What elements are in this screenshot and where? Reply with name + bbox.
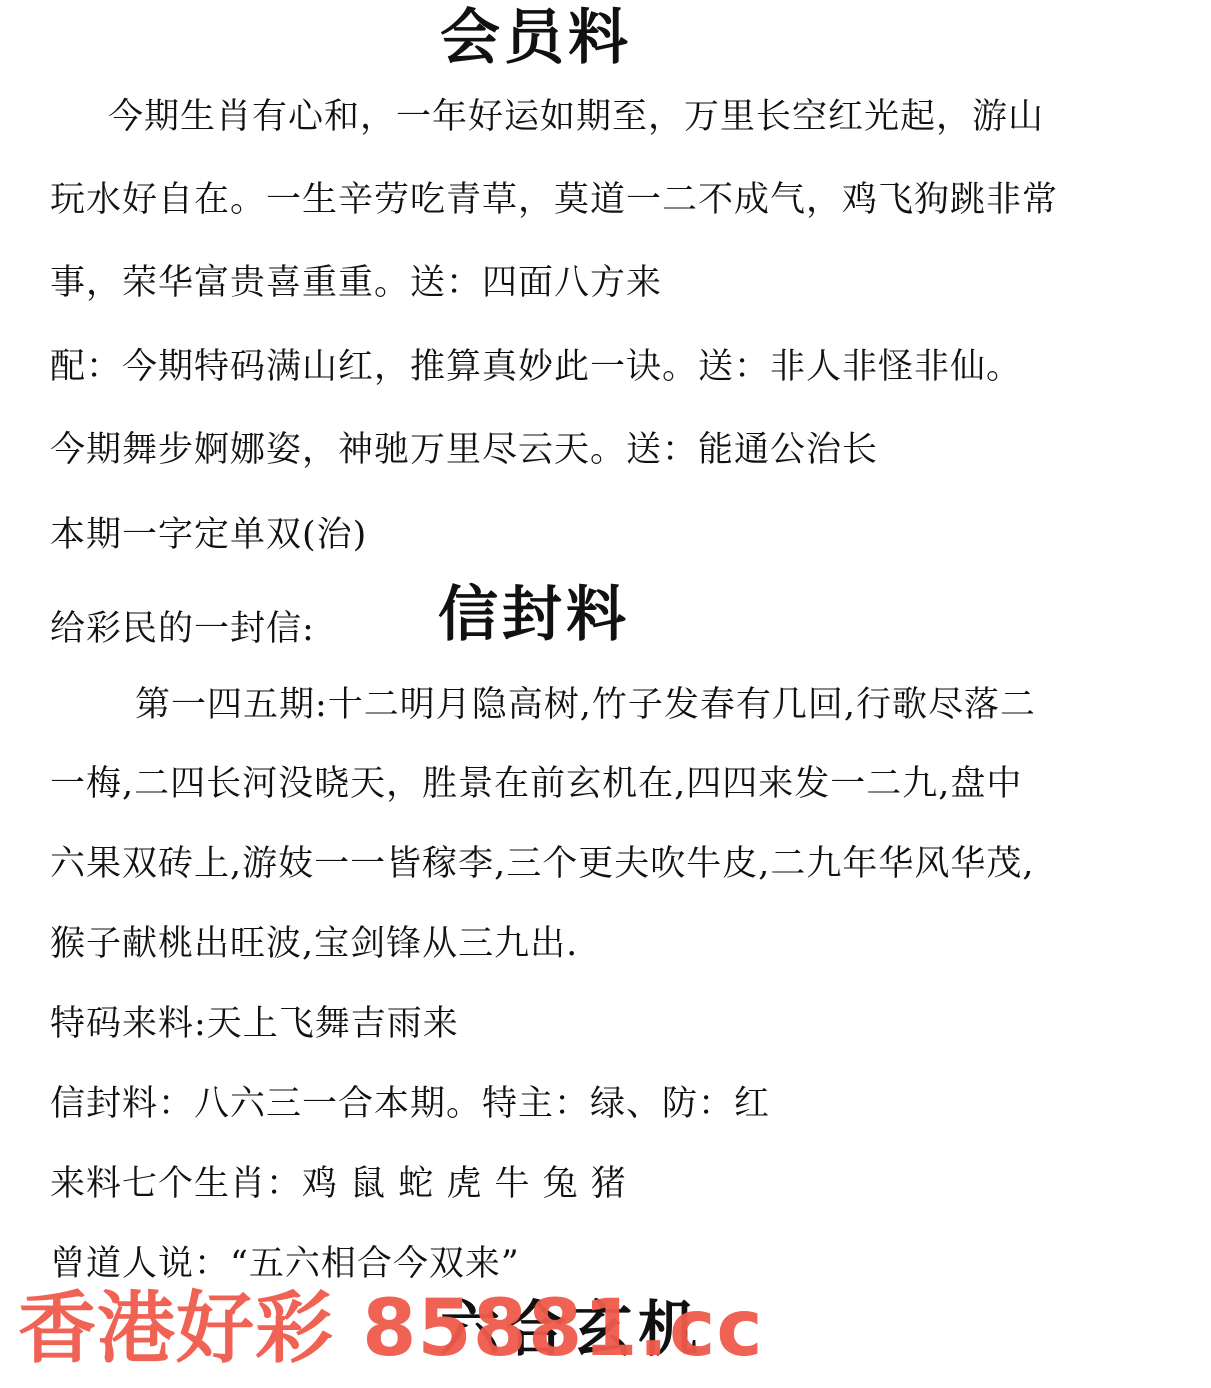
- member-text-line: 本期一字定单双(治): [50, 518, 367, 553]
- member-text-line: 事，荣华富贵喜重重。送：四面八方来: [50, 266, 662, 301]
- quote-line: 曾道人说：“五六相合今双来”: [50, 1247, 520, 1282]
- zodiac-line: 来料七个生肖：鸡 鼠 蛇 虎 牛 兔 猪: [50, 1167, 627, 1202]
- member-text-line: 今期生肖有心和，一年好运如期至，万里长空红光起，游山: [108, 100, 1044, 135]
- letter-text-line: 一梅,二四长河没晓天，胜景在前玄机在,四四来发一二九,盘中: [50, 767, 1022, 802]
- letter-section-title: 信封料: [438, 585, 630, 645]
- member-text-line: 玩水好自在。一生辛劳吃青草，莫道一二不成气，鸡飞狗跳非常: [50, 183, 1058, 218]
- member-text-line: 配：今期特码满山红，推算真妙此一诀。送：非人非怪非仙。: [50, 350, 1022, 385]
- letter-intro: 给彩民的一封信:: [50, 612, 315, 647]
- member-text-line: 今期舞步婀娜姿，神驰万里尽云天。送：能通公治长: [50, 433, 878, 468]
- special-code-line: 特码来料:天上飞舞吉雨来: [50, 1007, 459, 1042]
- envelope-line: 信封料：八六三一合本期。特主：绿、防：红: [50, 1087, 770, 1122]
- letter-text-line: 第一四五期:十二明月隐高树,竹子发春有几回,行歌尽落二: [135, 688, 1036, 723]
- watermark: 香港好彩 85881.cc: [18, 1290, 764, 1368]
- letter-text-line: 猴子献桃出旺波,宝剑锋从三九出.: [50, 927, 578, 962]
- member-section-title: 会员料: [440, 8, 632, 68]
- letter-text-line: 六果双砖上,游妓一一皆稼李,三个更夫吹牛皮,二九年华风华茂,: [50, 847, 1035, 882]
